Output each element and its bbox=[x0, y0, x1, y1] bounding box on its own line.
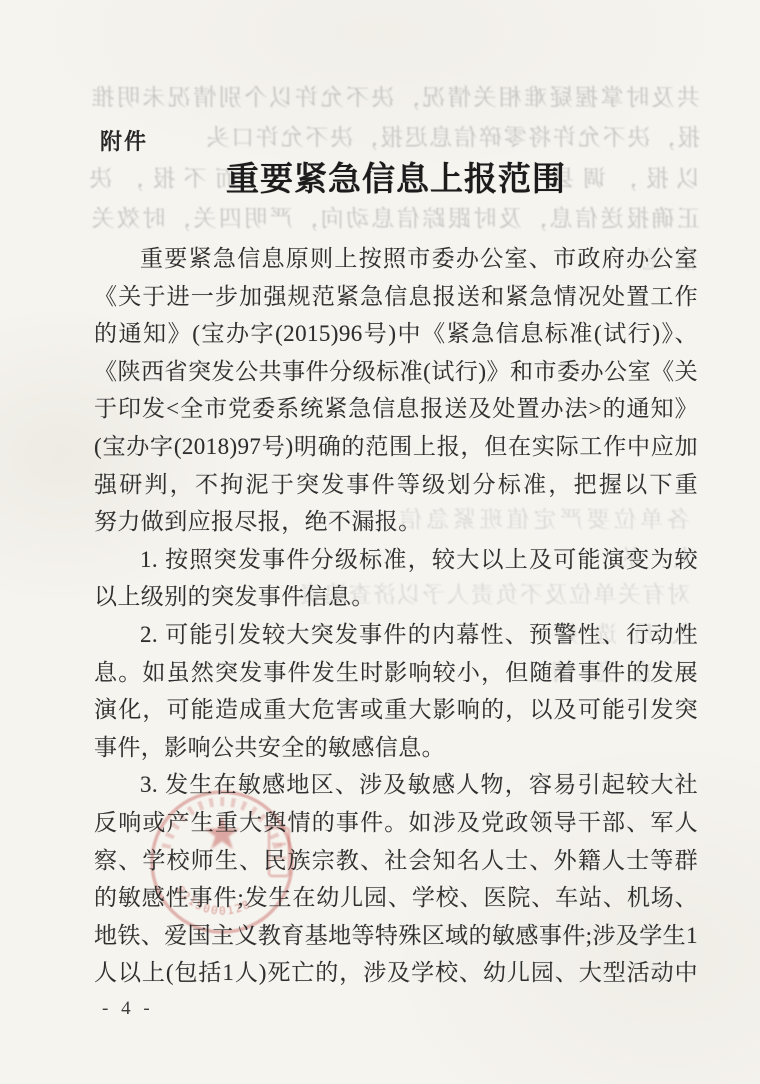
body-line: 2. 可能引发较大突发事件的内幕性、预警性、行动性信 bbox=[94, 616, 698, 654]
body-line: 重要紧急信息原则上按照市委办公室、市政府办公室 bbox=[94, 240, 698, 278]
body-line: 反响或产生重大舆情的事件。如涉及党政领导干部、军人警 bbox=[94, 804, 698, 842]
attachment-label: 附件 bbox=[100, 125, 148, 156]
body-line: 的通知》(宝办字(2015)96号)中《紧急信息标准(试行)》、 bbox=[94, 315, 698, 353]
body-line: 努力做到应报尽报，绝不漏报。 bbox=[94, 503, 698, 541]
body-line: 察、学校师生、民族宗教、社会知名人士、外籍人士等群体 bbox=[94, 842, 698, 880]
body-line: 息。如虽然突发事件发生时影响较小，但随着事件的发展和 bbox=[94, 654, 698, 692]
body-line: 演化，可能造成重大危害或重大影响的，以及可能引发突发 bbox=[94, 691, 698, 729]
body-line: 1. 按照突发事件分级标准，较大以上及可能演变为较大 bbox=[94, 541, 698, 579]
body-line: 事件，影响公共安全的敏感信息。 bbox=[94, 729, 698, 767]
body-line: 以上级别的突发事件信息。 bbox=[94, 578, 698, 616]
body-line: 于印发<全市党委系统紧急信息报送及处置办法>的通知》 bbox=[94, 390, 698, 428]
body-line: 人以上(包括1人)死亡的，涉及学校、幼儿园、大型活动中 bbox=[94, 954, 698, 992]
body-line: 地铁、爱国主义教育基地等特殊区域的敏感事件;涉及学生1 bbox=[94, 917, 698, 955]
scanned-document-page: 共及时掌握疑难相关情况，决不允许以个别情况未明推进不报，决不允许将零碎信息迟报，… bbox=[0, 0, 760, 1084]
body-line: 《陕西省突发公共事件分级标准(试行)》和市委办公室《关 bbox=[94, 353, 698, 391]
body-line: (宝办字(2018)97号)明确的范围上报，但在实际工作中应加 bbox=[94, 428, 698, 466]
body-line: 的敏感性事件;发生在幼儿园、学校、医院、车站、机场、 bbox=[94, 879, 698, 917]
text-layer: 附件 重要紧急信息上报范围 重要紧急信息原则上按照市委办公室、市政府办公室《关于… bbox=[0, 0, 760, 1084]
body-text: 重要紧急信息原则上按照市委办公室、市政府办公室《关于进一步加强规范紧急信息报送和… bbox=[94, 240, 698, 992]
body-line: 《关于进一步加强规范紧急信息报送和紧急情况处置工作 bbox=[94, 278, 698, 316]
page-number: - 4 - bbox=[102, 998, 154, 1020]
body-line: 强研判，不拘泥于突发事件等级划分标准，把握以下重点， bbox=[94, 466, 698, 504]
body-line: 3. 发生在敏感地区、涉及敏感人物，容易引起较大社会 bbox=[94, 766, 698, 804]
page-title: 重要紧急信息上报范围 bbox=[94, 153, 698, 200]
